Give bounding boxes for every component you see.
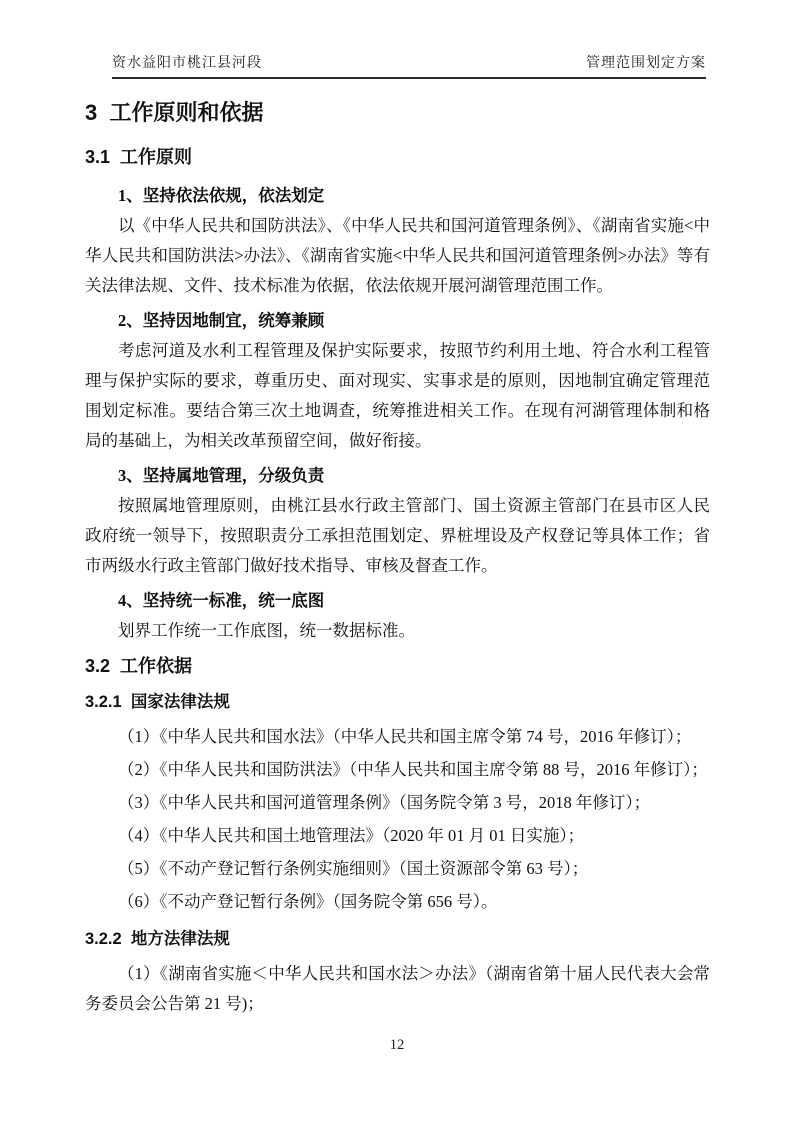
header-right-title: 管理范围划定方案 [586,52,706,72]
principle-title-3: 3、坚持属地管理，分级负责 [85,461,710,491]
section-heading-3-2: 3.2 工作依据 [85,654,710,678]
local-law-item-1: （1）《湖南省实施＜中华人民共和国水法＞办法》（湖南省第十届人民代表大会常务委员… [85,959,710,1019]
principle-title-4: 4、坚持统一标准，统一底图 [85,586,710,616]
page-header: 资水益阳市桃江县河段 管理范围划定方案 [112,52,706,79]
principle-title-1: 1、坚持依法依规，依法划定 [85,181,710,211]
document-page: 资水益阳市桃江县河段 管理范围划定方案 3 工作原则和依据 3.1 工作原则 1… [0,0,794,1122]
page-number: 12 [0,1037,794,1054]
national-law-item-3: （3）《中华人民共和国河道管理条例》（国务院令第 3 号，2018 年修订）； [85,788,710,818]
national-law-item-4: （4）《中华人民共和国土地管理法》（2020 年 01 月 01 日实施）； [85,821,710,851]
principle-body-1: 以《中华人民共和国防洪法》、《中华人民共和国河道管理条例》、《湖南省实施<中华人… [85,211,710,301]
chapter-heading: 3 工作原则和依据 [85,99,710,127]
national-law-item-6: （6）《不动产登记暂行条例》（国务院令第 656 号）。 [85,887,710,917]
principle-body-4: 划界工作统一工作底图，统一数据标准。 [85,616,710,646]
header-left-title: 资水益阳市桃江县河段 [112,52,262,72]
principle-body-3: 按照属地管理原则，由桃江县水行政主管部门、国土资源主管部门在县市区人民政府统一领… [85,491,710,581]
national-law-item-1: （1）《中华人民共和国水法》（中华人民共和国主席令第 74 号，2016 年修订… [85,722,710,752]
subsection-heading-3-2-2: 3.2.2 地方法律法规 [85,927,710,951]
national-law-item-2: （2）《中华人民共和国防洪法》（中华人民共和国主席令第 88 号，2016 年修… [85,755,710,785]
principle-title-2: 2、坚持因地制宜，统筹兼顾 [85,306,710,336]
principle-body-2: 考虑河道及水利工程管理及保护实际要求，按照节约利用土地、符合水利工程管理与保护实… [85,336,710,456]
national-law-item-5: （5）《不动产登记暂行条例实施细则》（国土资源部令第 63 号）； [85,854,710,884]
subsection-heading-3-2-1: 3.2.1 国家法律法规 [85,690,710,714]
section-heading-3-1: 3.1 工作原则 [85,145,710,169]
document-body: 3 工作原则和依据 3.1 工作原则 1、坚持依法依规，依法划定 以《中华人民共… [85,99,710,1019]
